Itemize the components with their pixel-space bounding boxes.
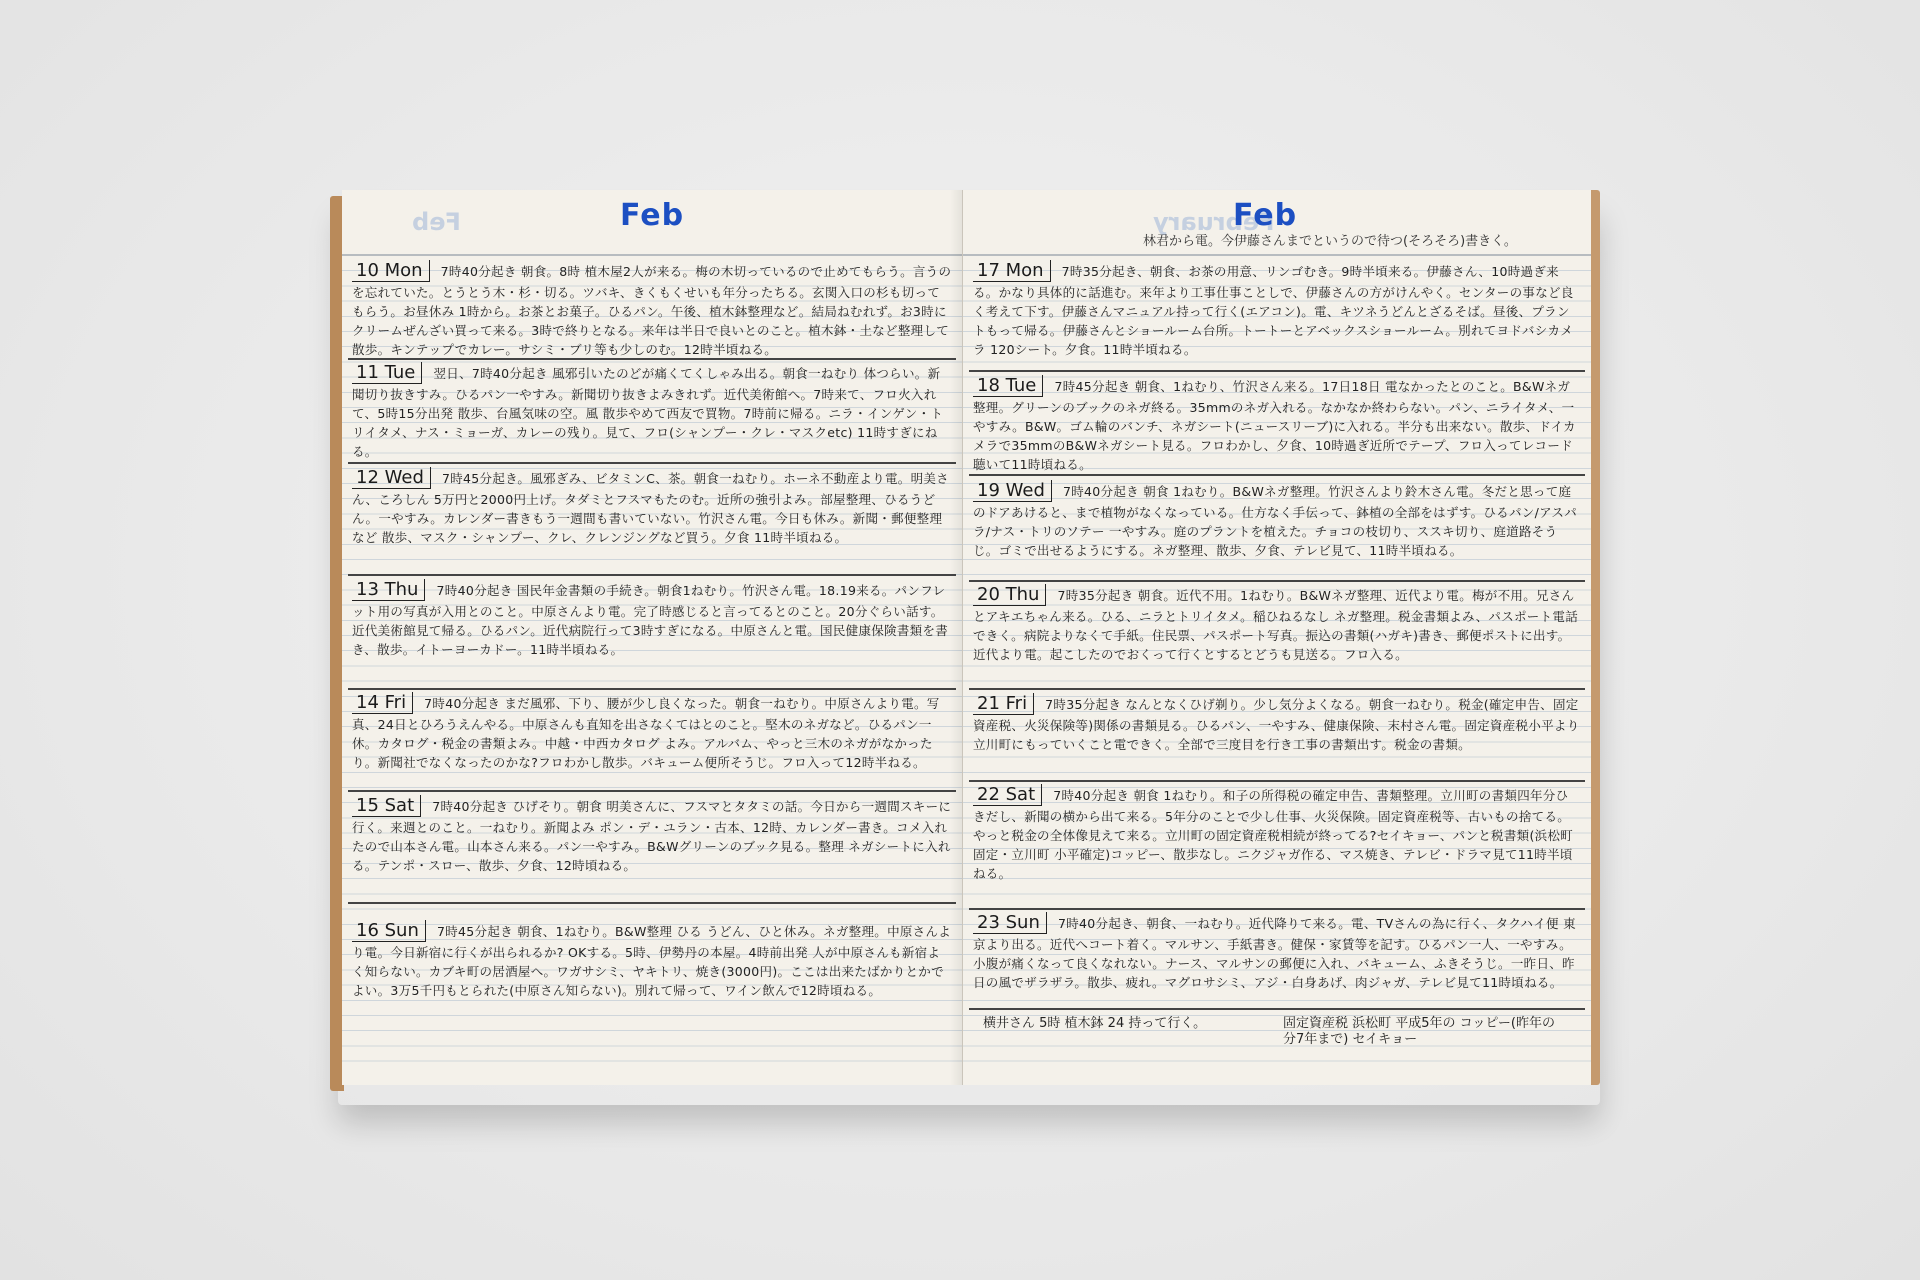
entry-divider [348, 790, 956, 792]
entry-date: 23 Sun [973, 912, 1047, 934]
entry-text: 7時40分起き、朝食、一ねむり。近代降りて来る。電、TVさんの為に行く、タクハイ… [973, 916, 1576, 990]
diary-entry: 14 Fri 7時40分起き まだ風邪、下り、腰が少し良くなった。朝食一ねむり。… [352, 692, 952, 771]
entry-text: 7時40分起き 朝食 1ねむり。和子の所得税の確定申告、書類整理。立川町の書類四… [973, 788, 1573, 881]
left-page: Feb Feb 10 Mon 7時40分起き 朝食。8時 植木屋2人が来る。梅の… [342, 190, 963, 1085]
ghost-month-label: Feb [412, 208, 461, 236]
entry-text: 7時35分起き なんとなくひげ剃り。少し気分よくなる。朝食一ねむり。税金(確定申… [973, 697, 1580, 752]
entry-date: 13 Thu [352, 579, 425, 601]
entry-date: 16 Sun [352, 920, 426, 942]
entry-date: 12 Wed [352, 467, 431, 489]
diary-entry: 19 Wed 7時40分起き 朝食 1ねむり。B&Wネガ整理。竹沢さんより鈴木さ… [973, 480, 1581, 559]
entry-date: 14 Fri [352, 692, 413, 714]
entry-date: 11 Tue [352, 362, 422, 384]
entry-divider [969, 688, 1585, 690]
right-page: February Feb 林君から電。今伊藤さんまでというので待つ(そろそろ)書… [963, 190, 1591, 1085]
entry-text: 7時45分起き 朝食、1ねむり。B&W整理 ひる うどん、ひと休み。ネガ整理。中… [352, 924, 951, 998]
entry-divider [348, 688, 956, 690]
entry-date: 15 Sat [352, 795, 421, 817]
diary-entry: 23 Sun 7時40分起き、朝食、一ねむり。近代降りて来る。電、TVさんの為に… [973, 912, 1581, 991]
entry-divider [969, 1008, 1585, 1010]
entry-divider [969, 580, 1585, 582]
entry-date: 19 Wed [973, 480, 1052, 502]
diary-entry: 17 Mon 7時35分起き、朝食、お茶の用意、リンゴむき。9時半頃来る。伊藤さ… [973, 260, 1581, 358]
month-label: Feb [620, 198, 684, 233]
entry-divider [969, 780, 1585, 782]
entry-date: 10 Mon [352, 260, 430, 282]
entry-date: 17 Mon [973, 260, 1051, 282]
diary-entry: 18 Tue 7時45分起き 朝食、1ねむり、竹沢さん来る。17日18日 電なか… [973, 375, 1581, 473]
entry-date: 21 Fri [973, 693, 1034, 715]
diary-entry: 13 Thu 7時40分起き 国民年金書類の手続き。朝食1ねむり。竹沢さん電。1… [352, 579, 952, 658]
entry-text: 7時40分起き まだ風邪、下り、腰が少し良くなった。朝食一ねむり。中原さんより電… [352, 696, 940, 770]
entry-text: 7時45分起き 朝食、1ねむり、竹沢さん来る。17日18日 電なかったとのこと。… [973, 379, 1576, 472]
entry-divider [969, 474, 1585, 476]
diary-entry: 16 Sun 7時45分起き 朝食、1ねむり。B&W整理 ひる うどん、ひと休み… [352, 920, 952, 999]
entry-date: 18 Tue [973, 375, 1043, 397]
diary-entry: 10 Mon 7時40分起き 朝食。8時 植木屋2人が来る。梅の木切っているので… [352, 260, 952, 358]
entry-text: 7時40分起き 朝食 1ねむり。B&Wネガ整理。竹沢さんより鈴木さん電。冬だと思… [973, 484, 1577, 558]
diary-entry: 21 Fri 7時35分起き なんとなくひげ剃り。少し気分よくなる。朝食一ねむり… [973, 693, 1581, 753]
entry-divider [969, 370, 1585, 372]
footer-note: 固定資産税 浜松町 平成5年の コッピー(昨年の分7年まで) セイキョー [1283, 1016, 1563, 1048]
entry-text: 翌日、7時40分起き 風邪引いたのどが痛くてくしゃみ出る。朝食一ねむり 体つらい… [352, 366, 943, 459]
diary-entry: 15 Sat 7時40分起き ひげそり。朝食 明美さんに、フスマとタタミの話。今… [352, 795, 952, 874]
entry-date: 20 Thu [973, 584, 1046, 606]
footer-note: 横井さん 5時 植木鉢 24 持って行く。 [983, 1016, 1253, 1032]
entry-divider [348, 462, 956, 464]
entry-divider [348, 902, 956, 904]
diary-entry: 12 Wed 7時45分起き。風邪ぎみ、ビタミンC、茶。朝食一ねむり。ホーネ不動… [352, 467, 952, 546]
top-note: 林君から電。今伊藤さんまでというので待つ(そろそろ)書きく。 [1143, 230, 1517, 249]
entry-text: 7時40分起き ひげそり。朝食 明美さんに、フスマとタタミの話。今日から一週間ス… [352, 799, 951, 873]
entry-text: 7時40分起き 国民年金書類の手続き。朝食1ねむり。竹沢さん電。18.19来る。… [352, 583, 948, 657]
diary-entry: 22 Sat 7時40分起き 朝食 1ねむり。和子の所得税の確定申告、書類整理。… [973, 784, 1581, 882]
entry-text: 7時40分起き 朝食。8時 植木屋2人が来る。梅の木切っているので止めてもらう。… [352, 264, 951, 357]
entry-text: 7時35分起き 朝食。近代不用。1ねむり。B&Wネガ整理、近代より電。梅が不用。… [973, 588, 1578, 662]
entry-text: 7時35分起き、朝食、お茶の用意、リンゴむき。9時半頃来る。伊藤さん、10時過ぎ… [973, 264, 1574, 357]
entry-text: 7時45分起き。風邪ぎみ、ビタミンC、茶。朝食一ねむり。ホーネ不動産より電。明美… [352, 471, 949, 545]
entry-date: 22 Sat [973, 784, 1042, 806]
entry-divider [969, 908, 1585, 910]
diary-entry: 11 Tue 翌日、7時40分起き 風邪引いたのどが痛くてくしゃみ出る。朝食一ね… [352, 362, 952, 460]
entry-divider [348, 574, 956, 576]
diary-entry: 20 Thu 7時35分起き 朝食。近代不用。1ねむり。B&Wネガ整理、近代より… [973, 584, 1581, 663]
entry-divider [348, 358, 956, 360]
month-label: Feb [1233, 198, 1297, 233]
